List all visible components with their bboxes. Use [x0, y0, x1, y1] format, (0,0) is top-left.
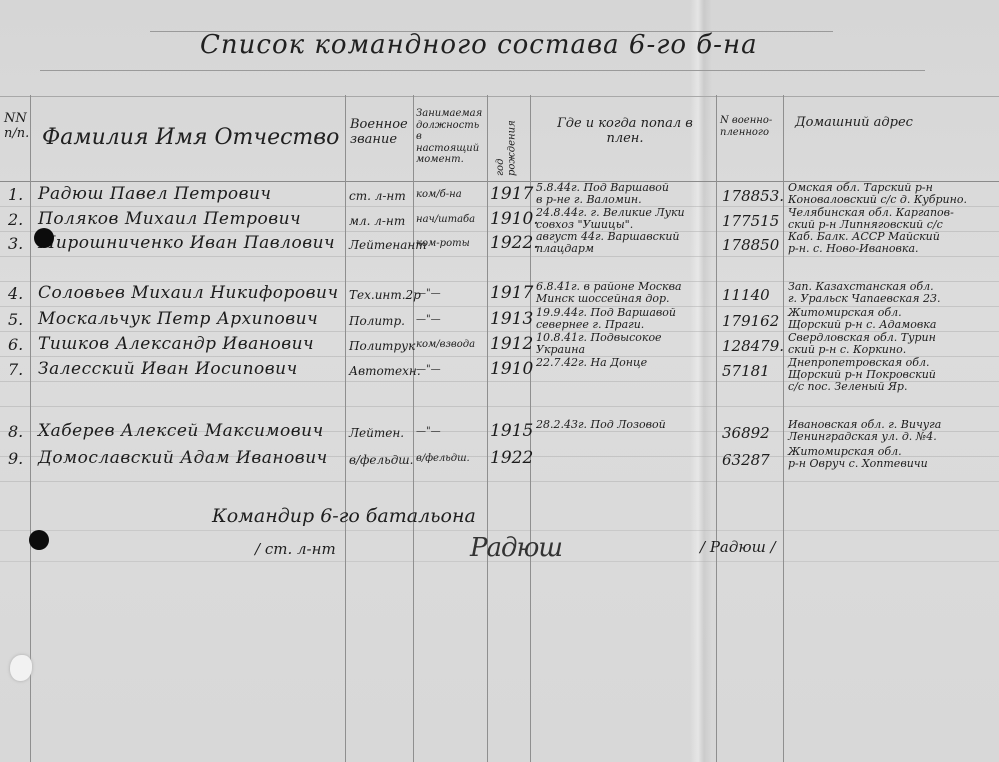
- row-captured: 5.8.44г. Под Варшавойв р-не г. Валомин.: [536, 182, 669, 206]
- captured-line: в р-не г. Валомин.: [536, 194, 669, 206]
- column-divider: [345, 95, 346, 762]
- row-birth-year: 1922: [490, 448, 533, 468]
- row-pow-number: 179162: [722, 312, 779, 330]
- row-position: в/фельдш.: [416, 453, 470, 464]
- address-line: Щорский р-н с. Адамовка: [788, 319, 936, 331]
- address-line: Коноваловский с/с д. Кубрино.: [788, 194, 967, 206]
- row-full-name: Москальчук Петр Архипович: [38, 309, 318, 329]
- row-pow-number: 11140: [722, 286, 770, 304]
- row-address: Ивановская обл. г. ВичугаЛенинградская у…: [788, 419, 941, 443]
- captured-line: плацдарм: [536, 243, 680, 255]
- row-full-name: Соловьев Михаил Никифорович: [38, 283, 339, 303]
- row-pow-number: 178850: [722, 236, 779, 254]
- row-full-name: Мирошниченко Иван Павлович: [38, 233, 335, 253]
- row-captured: 19.9.44г. Под Варшавойсевернее г. Праги.: [536, 307, 676, 331]
- punch-hole: [29, 530, 49, 550]
- address-line: г. Уральск Чапаевская 23.: [788, 293, 941, 305]
- row-address: Челябинская обл. Каргапов-ский р-н Липня…: [788, 207, 954, 231]
- row-full-name: Хаберев Алексей Максимович: [38, 421, 324, 441]
- row-address: Омская обл. Тарский р-нКоноваловский с/с…: [788, 182, 967, 206]
- footer-rank: / ст. л-нт: [255, 540, 336, 558]
- document-title: Список командного состава 6-го б-на: [200, 30, 720, 74]
- row-birth-year: 1910.: [490, 209, 539, 229]
- address-line: р-н Овруч с. Хоптевичи: [788, 458, 928, 470]
- row-captured: август 44г. Варшавскийплацдарм: [536, 231, 680, 255]
- row-rank: Лейтен.: [349, 426, 404, 440]
- row-rank: Автотехн.: [349, 364, 421, 378]
- row-captured: 10.8.41г. ПодвысокоеУкраина: [536, 332, 662, 356]
- row-full-name: Радюш Павел Петрович: [38, 184, 272, 204]
- header-pow-number: N военно-пленного: [720, 115, 782, 138]
- row-birth-year: 1917: [490, 184, 533, 204]
- captured-line: севернее г. Праги.: [536, 319, 676, 331]
- row-position: —"—: [416, 364, 441, 375]
- row-pow-number: 57181: [722, 362, 770, 380]
- row-pow-number: 178853.: [722, 187, 784, 205]
- footer-name-bracketed: / Радюш /: [700, 538, 776, 556]
- row-pow-number: 177515: [722, 212, 779, 230]
- captured-line: 22.7.42г. На Донце: [536, 357, 647, 369]
- document-page: Список командного состава 6-го б-на NN п…: [0, 0, 999, 762]
- row-rank: Тех.инт.2р: [349, 288, 421, 302]
- header-captured: Где и когда попал в плен.: [540, 117, 710, 147]
- address-line: р-н. с. Ново-Ивановка.: [788, 243, 940, 255]
- row-number: 5.: [8, 310, 23, 329]
- row-number: 2.: [8, 210, 23, 229]
- row-pow-number: 36892: [722, 424, 770, 442]
- row-address: Житомирская обл.Щорский р-н с. Адамовка: [788, 307, 936, 331]
- table-top-rule: [0, 96, 999, 97]
- row-birth-year: 1917: [490, 283, 533, 303]
- row-number: 7.: [8, 360, 23, 379]
- row-number: 4.: [8, 284, 23, 303]
- captured-line: Минск шоссейная дор.: [536, 293, 682, 305]
- paper-tear: [10, 655, 32, 681]
- row-rank: мл. л-нт: [349, 214, 405, 228]
- row-position: ком/б-на: [416, 189, 462, 200]
- row-full-name: Поляков Михаил Петрович: [38, 209, 301, 229]
- row-full-name: Тишков Александр Иванович: [38, 334, 314, 354]
- header-birth-year: год рождения: [495, 104, 518, 176]
- row-birth-year: 1922.: [490, 233, 539, 253]
- row-birth-year: 1915: [490, 421, 533, 441]
- row-captured: 22.7.42г. На Донце: [536, 357, 647, 369]
- row-rank: Политрук: [349, 339, 415, 353]
- row-number: 6.: [8, 335, 23, 354]
- row-pow-number: 63287: [722, 451, 770, 469]
- ledger-rule: [0, 406, 999, 407]
- row-address: Днепропетровская обл.Щорский р-н Покровс…: [788, 357, 936, 393]
- row-address: Каб. Балк. АССР Майскийр-н. с. Ново-Иван…: [788, 231, 940, 255]
- row-birth-year: 1913: [490, 309, 533, 329]
- address-line: с/с пос. Зеленый Яр.: [788, 381, 936, 393]
- row-rank: Политр.: [349, 314, 405, 328]
- captured-line: Украина: [536, 344, 662, 356]
- column-divider: [413, 95, 414, 762]
- row-captured: 24.8.44г. г. Великие Лукисовхоз "Ушицы".: [536, 207, 685, 231]
- signature: Радюш: [470, 533, 562, 563]
- punch-hole: [34, 228, 54, 248]
- ledger-rule: [0, 256, 999, 257]
- row-pow-number: 128479.: [722, 337, 784, 355]
- header-num: NN п/п.: [4, 112, 30, 142]
- row-number: 1.: [8, 185, 23, 204]
- captured-line: 28.2.43г. Под Лозовой: [536, 419, 666, 431]
- row-full-name: Залесский Иван Иосипович: [38, 359, 298, 379]
- address-line: Ленинградская ул. д. №4.: [788, 431, 941, 443]
- row-position: —"—: [416, 288, 441, 299]
- row-number: 9.: [8, 449, 23, 468]
- row-address: Зап. Казахстанская обл.г. Уральск Чапаев…: [788, 281, 941, 305]
- column-divider: [487, 95, 488, 762]
- ledger-rule: [0, 481, 999, 482]
- row-address: Свердловская обл. Туринский р-н с. Корки…: [788, 332, 936, 356]
- header-position: Занимаемая должность в настоящий момент.: [416, 108, 486, 166]
- header-address: Домашний адрес: [795, 116, 995, 131]
- row-position: ком/взвода: [416, 339, 475, 350]
- ledger-rule: [0, 530, 999, 531]
- row-rank: ст. л-нт: [349, 189, 406, 203]
- row-rank: в/фельдш.: [349, 453, 413, 467]
- header-name: Фамилия Имя Отчество: [42, 125, 342, 150]
- row-position: —"—: [416, 426, 441, 437]
- row-captured: 6.8.41г. в районе МоскваМинск шоссейная …: [536, 281, 682, 305]
- row-captured: 28.2.43г. Под Лозовой: [536, 419, 666, 431]
- row-number: 3.: [8, 234, 23, 253]
- row-position: —"—: [416, 314, 441, 325]
- row-birth-year: 1912: [490, 334, 533, 354]
- address-line: ский р-н с. Коркино.: [788, 344, 936, 356]
- footer-commander-title: Командир 6-го батальона: [212, 505, 476, 527]
- header-rank: Военное звание: [350, 118, 412, 148]
- column-divider: [716, 95, 717, 762]
- row-address: Житомирская обл.р-н Овруч с. Хоптевичи: [788, 446, 928, 470]
- row-number: 8.: [8, 422, 23, 441]
- row-position: нач/штаба: [416, 214, 475, 225]
- row-position: ком-роты: [416, 238, 470, 249]
- row-full-name: Домославский Адам Иванович: [38, 448, 328, 468]
- row-birth-year: 1910: [490, 359, 533, 379]
